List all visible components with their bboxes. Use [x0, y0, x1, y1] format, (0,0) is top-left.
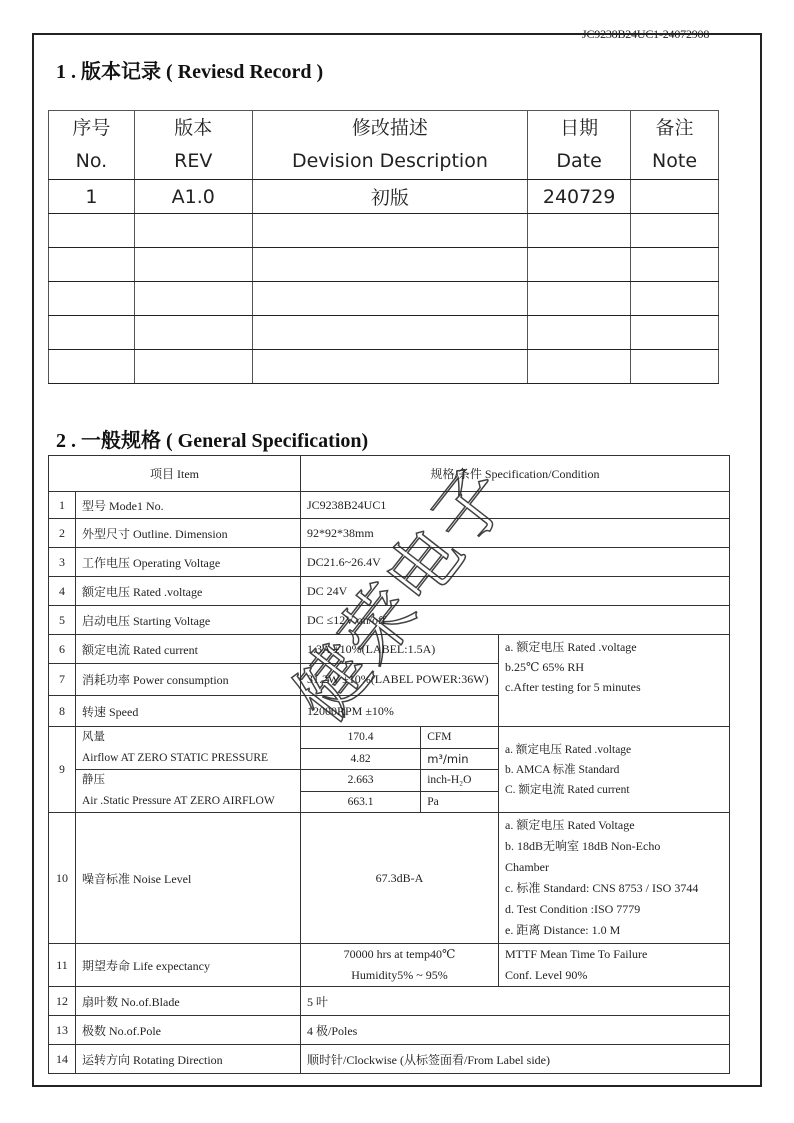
revision-table-header: 序号No. 版本REV 修改描述Devision Description 日期D…: [49, 111, 719, 180]
conditions-row-10: a. 额定电压 Rated Voltage b. 18dB无响室 18dB No…: [499, 813, 730, 944]
table-row: [49, 316, 719, 350]
section-title-general-specification: 2 . 一般规格 ( General Specification): [56, 424, 368, 453]
specification-table: 项目 Item 规格/条件 Specification/Condition 1型…: [48, 455, 730, 1074]
section-title-revision-record: 1 . 版本记录 ( Reviesd Record ): [56, 55, 323, 84]
table-row: [49, 282, 719, 316]
conditions-row-11: MTTF Mean Time To FailureConf. Level 90%: [499, 944, 730, 987]
conditions-rows-6-8: a. 额定电压 Rated .voltage b.25℃ 65% RH c.Af…: [499, 635, 730, 727]
table-row: 13极数 No.of.Pole4 极/Poles: [49, 1016, 730, 1045]
table-row: 11 期望寿命 Life expectancy 70000 hrs at tem…: [49, 944, 730, 987]
header-item: 项目 Item: [49, 456, 301, 492]
table-row: [49, 350, 719, 384]
table-row-airflow: 9 风量Airflow AT ZERO STATIC PRESSURE 170.…: [49, 727, 730, 749]
header-rev: 版本REV: [134, 111, 252, 180]
table-row: 5启动电压 Starting VoltageDC ≤12V on/off: [49, 606, 730, 635]
table-row: 14运转方向 Rotating Direction顺时针/Clockwise (…: [49, 1045, 730, 1074]
header-description: 修改描述Devision Description: [252, 111, 528, 180]
table-row: 1A1.0初版240729: [49, 180, 719, 214]
table-row: 2外型尺寸 Outline. Dimension92*92*38mm: [49, 519, 730, 548]
table-row: 6 额定电流 Rated current 1.3A ±10%(LABEL:1.5…: [49, 635, 730, 664]
header-no: 序号No.: [49, 111, 135, 180]
header-note: 备注Note: [631, 111, 719, 180]
table-row: 3工作电压 Operating VoltageDC21.6~26.4V: [49, 548, 730, 577]
table-row: 1型号 Mode1 No.JC9238B24UC1: [49, 492, 730, 519]
header-specification: 规格/条件 Specification/Condition: [301, 456, 730, 492]
document-id: JC9238B24UC1-24072908: [582, 28, 709, 40]
header-date: 日期Date: [528, 111, 631, 180]
table-row: 4额定电压 Rated .voltageDC 24V: [49, 577, 730, 606]
conditions-row-9: a. 额定电压 Rated .voltage b. AMCA 标准 Standa…: [499, 727, 730, 813]
table-row: [49, 248, 719, 282]
revision-table: 序号No. 版本REV 修改描述Devision Description 日期D…: [48, 110, 719, 384]
table-row: 12扇叶数 No.of.Blade5 叶: [49, 987, 730, 1016]
table-row: 10 噪音标准 Noise Level 67.3dB-A a. 额定电压 Rat…: [49, 813, 730, 944]
table-row: [49, 214, 719, 248]
spec-table-header: 项目 Item 规格/条件 Specification/Condition: [49, 456, 730, 492]
